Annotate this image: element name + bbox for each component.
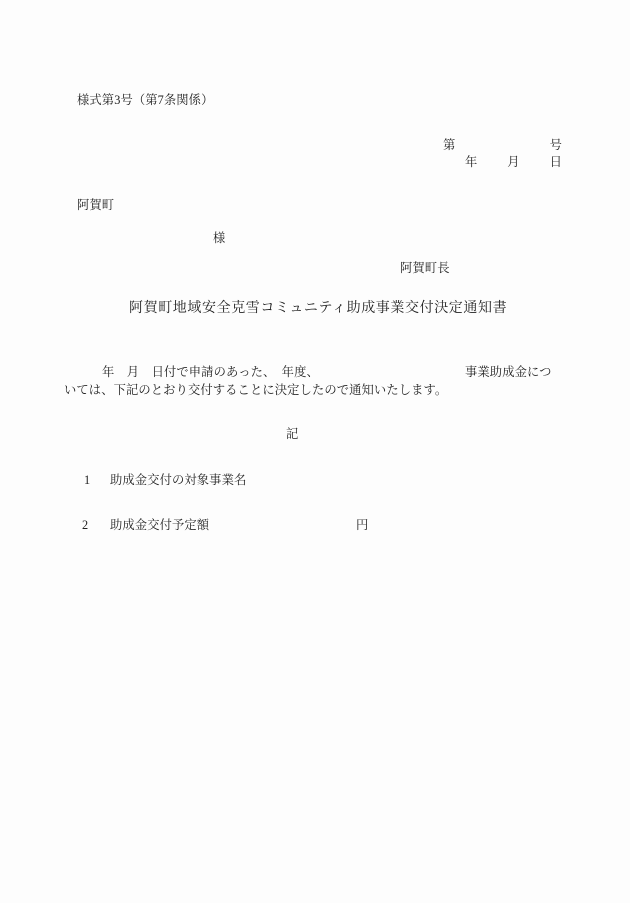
addressee-town: 阿賀町	[77, 198, 114, 213]
body-line2: いては、下記のとおり交付することに決定したので通知いたします。	[64, 383, 447, 398]
item-1-label: 助成金交付の対象事業名	[110, 473, 246, 488]
date-day-label: 日	[550, 155, 562, 170]
document-number-prefix: 第	[443, 138, 455, 153]
form-number: 様式第3号（第7条関係）	[77, 93, 213, 108]
item-2-label: 助成金交付予定額	[110, 518, 209, 533]
sender-title: 阿賀町長	[400, 261, 450, 276]
item-2-unit-yen: 円	[356, 518, 368, 533]
document-page: 様式第3号（第7条関係） 第 号 年 月 日 阿賀町 様 阿賀町長 阿賀町地域安…	[0, 0, 630, 903]
date-year-label: 年	[465, 155, 477, 170]
document-title: 阿賀町地域安全克雪コミュニティ助成事業交付決定通知書	[129, 301, 507, 316]
document-number-line: 第 号	[443, 138, 562, 153]
item-2-number: 2	[82, 518, 88, 533]
date-month-label: 月	[507, 155, 519, 170]
item-1-number: 1	[84, 473, 90, 488]
section-heading-ki: 記	[286, 427, 298, 442]
addressee-honorific: 様	[213, 231, 225, 246]
body-line1-right: 事業助成金につ	[465, 365, 552, 380]
body-line1-left: 年 月 日付で申請のあった、 年度、	[102, 365, 319, 380]
date-line: 年 月 日	[465, 155, 562, 170]
document-number-suffix: 号	[550, 138, 562, 153]
